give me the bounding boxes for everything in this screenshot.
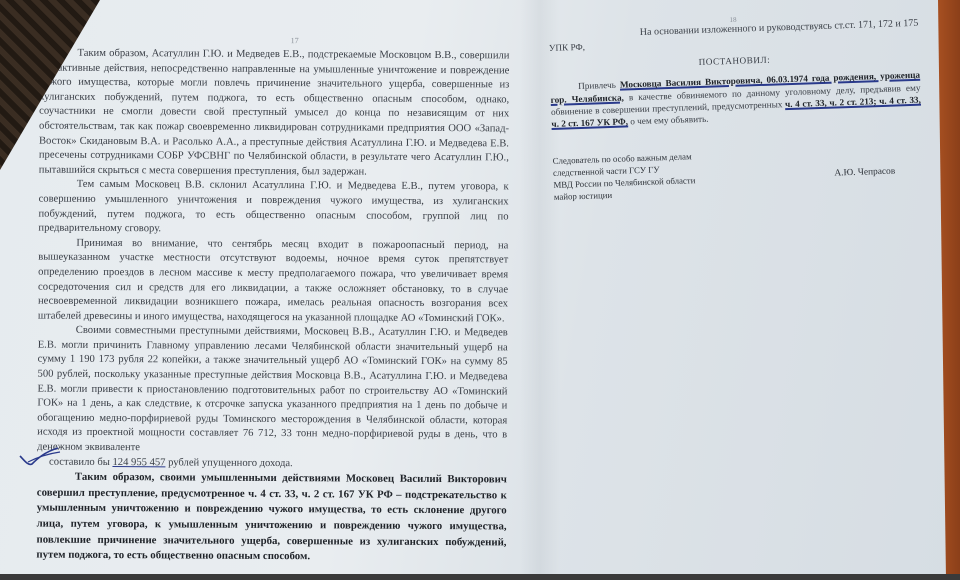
- decision-suffix: о чем ему объявить.: [628, 114, 709, 127]
- right-page: 18 На основании изложенного и руководств…: [548, 8, 924, 203]
- handwritten-check-icon: [18, 446, 62, 468]
- lost-income-amount: 124 955 457: [112, 457, 165, 468]
- decision-prefix: Привлечь: [578, 80, 620, 91]
- lost-income-suffix: рублей упущенного дохода.: [165, 457, 292, 469]
- paragraph-conclusion: Таким образом, своими умышленными действ…: [36, 470, 507, 566]
- left-page: 17 Таким образом, Асатуллин Г.Ю. и Медве…: [36, 35, 509, 567]
- signatory-name: А.Ю. Чепрасов: [834, 165, 895, 179]
- page-number-left: 17: [80, 35, 510, 48]
- signature-block: Следователь по особо важным делам следст…: [552, 143, 923, 203]
- paragraph-damage: Своими совместными преступными действиям…: [37, 324, 508, 458]
- decision-paragraph: Привлечь Московца Василия Викторовича, 0…: [550, 69, 921, 131]
- paragraph-fire-danger: Принимая во внимание, что сентябрь месяц…: [38, 236, 509, 326]
- document-sheet: 17 Таким образом, Асатуллин Г.Ю. и Медве…: [0, 0, 960, 580]
- bottom-edge: [0, 574, 960, 580]
- paragraph-accomplices-actions: Таким образом, Асатуллин Г.Ю. и Медведев…: [39, 47, 510, 181]
- paragraph-incitement: Тем самым Московец В.В. склонил Асатулли…: [38, 178, 508, 239]
